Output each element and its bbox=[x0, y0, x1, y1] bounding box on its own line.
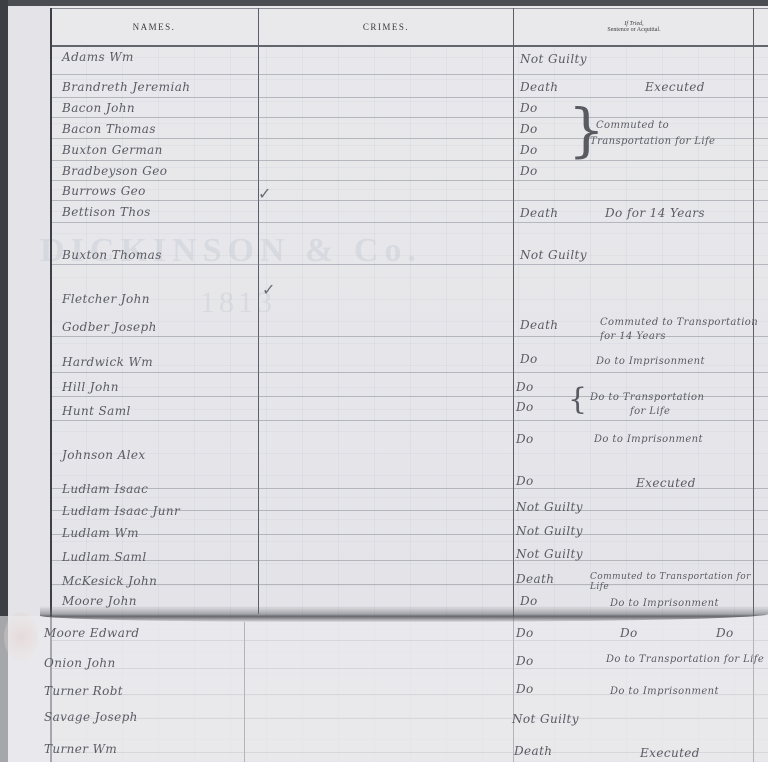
name-entry: Burrows Geo bbox=[62, 184, 146, 198]
sentence-entry: Not Guilty bbox=[516, 500, 583, 514]
header-sentence: If Tried, Sentence or Acquittal. bbox=[514, 8, 754, 46]
note-entry: Executed bbox=[640, 746, 700, 760]
note-entry: for Life bbox=[630, 406, 670, 417]
name-entry: Fletcher John bbox=[62, 292, 150, 306]
name-entry: Turner Robt bbox=[44, 684, 123, 698]
name-entry: Ludlam Isaac bbox=[62, 482, 148, 496]
note-entry: Do to Transportation bbox=[590, 392, 704, 403]
sentence-entry: Death bbox=[520, 318, 558, 332]
sentence-entry: Not Guilty bbox=[516, 524, 583, 538]
row-rule bbox=[52, 372, 768, 373]
sentence-entry: Do bbox=[520, 352, 538, 366]
row-rule bbox=[52, 97, 768, 98]
sentence-entry: Do bbox=[516, 380, 534, 394]
name-entry: Onion John bbox=[44, 656, 116, 670]
name-entry: Hunt Saml bbox=[62, 404, 131, 418]
note-entry: Executed bbox=[636, 476, 696, 490]
sentence-entry: Do bbox=[520, 164, 538, 178]
name-entry: Johnson Alex bbox=[62, 448, 146, 462]
note-entry: Commuted to Transportation for 14 Years bbox=[600, 316, 768, 346]
name-entry: Turner Wm bbox=[44, 742, 117, 756]
sentence-entry: Not Guilty bbox=[520, 52, 587, 66]
divider-names-crimes bbox=[258, 8, 259, 614]
sentence-entry: Death bbox=[514, 744, 552, 758]
note-entry: Commuted to bbox=[596, 120, 669, 131]
row-rule bbox=[52, 180, 768, 181]
sentence-entry: Do bbox=[516, 474, 534, 488]
note-entry: Do bbox=[620, 626, 638, 640]
name-entry: Brandreth Jeremiah bbox=[62, 80, 190, 94]
sentence-entry: Not Guilty bbox=[520, 248, 587, 262]
name-entry: Buxton Thomas bbox=[62, 248, 162, 262]
note-entry: Executed bbox=[645, 80, 705, 94]
sentence-entry: Not Guilty bbox=[512, 712, 579, 726]
name-entry: Bacon Thomas bbox=[62, 122, 156, 136]
row-rule bbox=[52, 420, 768, 421]
note-entry: Do for 14 Years bbox=[605, 206, 705, 220]
name-entry: Adams Wm bbox=[62, 50, 134, 64]
name-entry: Bettison Thos bbox=[62, 205, 151, 219]
name-entry: McKesick John bbox=[62, 574, 157, 588]
row-rule bbox=[52, 264, 768, 265]
sentence-entry: Do bbox=[520, 122, 538, 136]
header-crimes: CRIMES. bbox=[258, 8, 514, 46]
note-entry: Commuted to Transportation for Life bbox=[590, 572, 760, 592]
note-entry: Do to Imprisonment bbox=[610, 686, 719, 697]
sentence-entry: Do bbox=[516, 400, 534, 414]
note-entry: Transportation for Life bbox=[590, 136, 715, 147]
check-mark-icon: ✓ bbox=[258, 184, 271, 203]
scan-background-top bbox=[0, 0, 768, 6]
name-entry: Buxton German bbox=[62, 143, 163, 157]
name-entry: Ludlam Wm bbox=[62, 526, 139, 540]
row-rule bbox=[52, 117, 768, 118]
name-entry: Hill John bbox=[62, 380, 119, 394]
name-entry: Bacon John bbox=[62, 101, 135, 115]
sentence-entry: Do bbox=[520, 143, 538, 157]
name-entry: Ludlam Isaac Junr bbox=[62, 504, 180, 518]
sentence-entry: Do bbox=[516, 626, 534, 640]
header-sentence-line2: Sentence or Acquittal. bbox=[607, 27, 660, 33]
note-entry: Do to Imprisonment bbox=[610, 598, 719, 609]
note-entry: Do bbox=[716, 626, 734, 640]
sentence-entry: Death bbox=[520, 80, 558, 94]
header-bottom-border bbox=[50, 45, 768, 47]
sentence-entry: Do bbox=[520, 594, 538, 608]
name-entry: Moore John bbox=[62, 594, 137, 608]
sentence-entry: Do bbox=[516, 432, 534, 446]
sentence-entry: Not Guilty bbox=[516, 547, 583, 561]
row-rule bbox=[52, 200, 768, 201]
row-rule bbox=[52, 534, 768, 535]
row-rule bbox=[52, 560, 768, 561]
row-rule bbox=[52, 222, 768, 223]
name-entry: Ludlam Saml bbox=[62, 550, 147, 564]
table-top-border bbox=[50, 8, 768, 9]
header-names: NAMES. bbox=[50, 8, 258, 46]
name-entry: Godber Joseph bbox=[62, 320, 157, 334]
sentence-entry: Death bbox=[520, 206, 558, 220]
note-entry: Do to Transportation for Life bbox=[606, 654, 766, 666]
brace-icon: { bbox=[568, 384, 587, 416]
manuscript-page: DICKINSON & Co. 1813 NAMES. CRIMES. If T… bbox=[0, 0, 768, 762]
sentence-entry: Death bbox=[516, 572, 554, 586]
sentence-entry: Do bbox=[516, 654, 534, 668]
sentence-entry: Do bbox=[516, 682, 534, 696]
row-rule bbox=[52, 74, 768, 75]
header-crimes-label: CRIMES. bbox=[363, 22, 409, 32]
name-entry: Moore Edward bbox=[44, 626, 139, 640]
note-entry: Do to Imprisonment bbox=[594, 434, 703, 445]
header-names-label: NAMES. bbox=[133, 22, 176, 32]
name-entry: Bradbeyson Geo bbox=[62, 164, 167, 178]
note-entry: Do to Imprisonment bbox=[596, 356, 705, 367]
name-entry: Savage Joseph bbox=[44, 710, 138, 724]
row-rule bbox=[52, 160, 768, 161]
check-mark-icon: ✓ bbox=[262, 280, 275, 299]
sentence-entry: Do bbox=[520, 101, 538, 115]
name-entry: Hardwick Wm bbox=[62, 355, 153, 369]
